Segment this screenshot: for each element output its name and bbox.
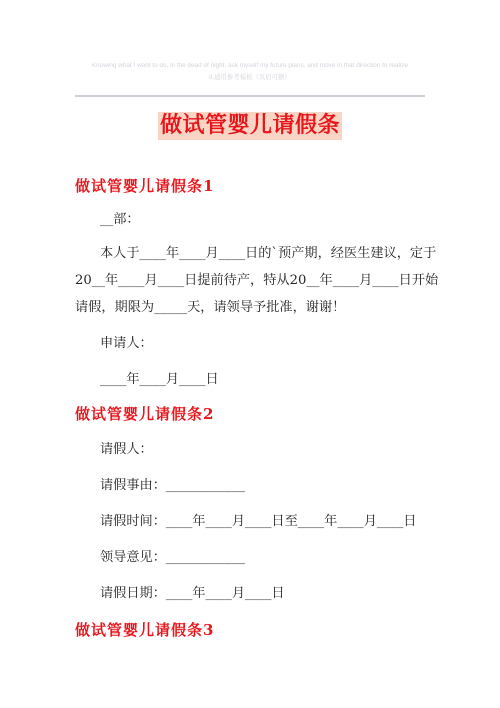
header-rule <box>75 95 425 97</box>
header-line-template-note: it.通用参考模板（页眉可删） <box>75 72 425 84</box>
document-title-text: 做试管婴儿请假条 <box>158 112 342 140</box>
request-date-line: 请假日期：____年____月____日 <box>100 584 285 604</box>
requester-label: 请假人： <box>100 440 153 460</box>
applicant-date-line: ____年____月____日 <box>100 370 219 390</box>
leave-reason-line: 请假事由：____________ <box>100 476 245 496</box>
paragraph-line-2: 20__年____月____日提前待产，特从20__年____月____日开始 <box>75 271 438 291</box>
section-heading-3: 做试管婴儿请假条3 <box>75 620 214 640</box>
header-line-english: Knowing what I want to do, in the dead o… <box>75 60 425 72</box>
leader-opinion-line: 领导意见：____________ <box>100 548 245 568</box>
applicant-label: 申请人： <box>100 334 153 354</box>
paragraph-line-1: 本人于____年____月____日的`预产期，经医生建议，定于 <box>100 244 436 264</box>
section-heading-2: 做试管婴儿请假条2 <box>75 404 214 424</box>
page-header: Knowing what I want to do, in the dead o… <box>75 60 425 84</box>
department-line: __部： <box>100 210 140 230</box>
document-title: 做试管婴儿请假条 <box>0 112 500 140</box>
paragraph-line-3: 请假，期限为_____天，请领导予批准，谢谢！ <box>75 298 345 318</box>
leave-period-line: 请假时间：____年____月____日至____年____月____日 <box>100 512 417 532</box>
section-heading-1: 做试管婴儿请假条1 <box>75 176 214 196</box>
